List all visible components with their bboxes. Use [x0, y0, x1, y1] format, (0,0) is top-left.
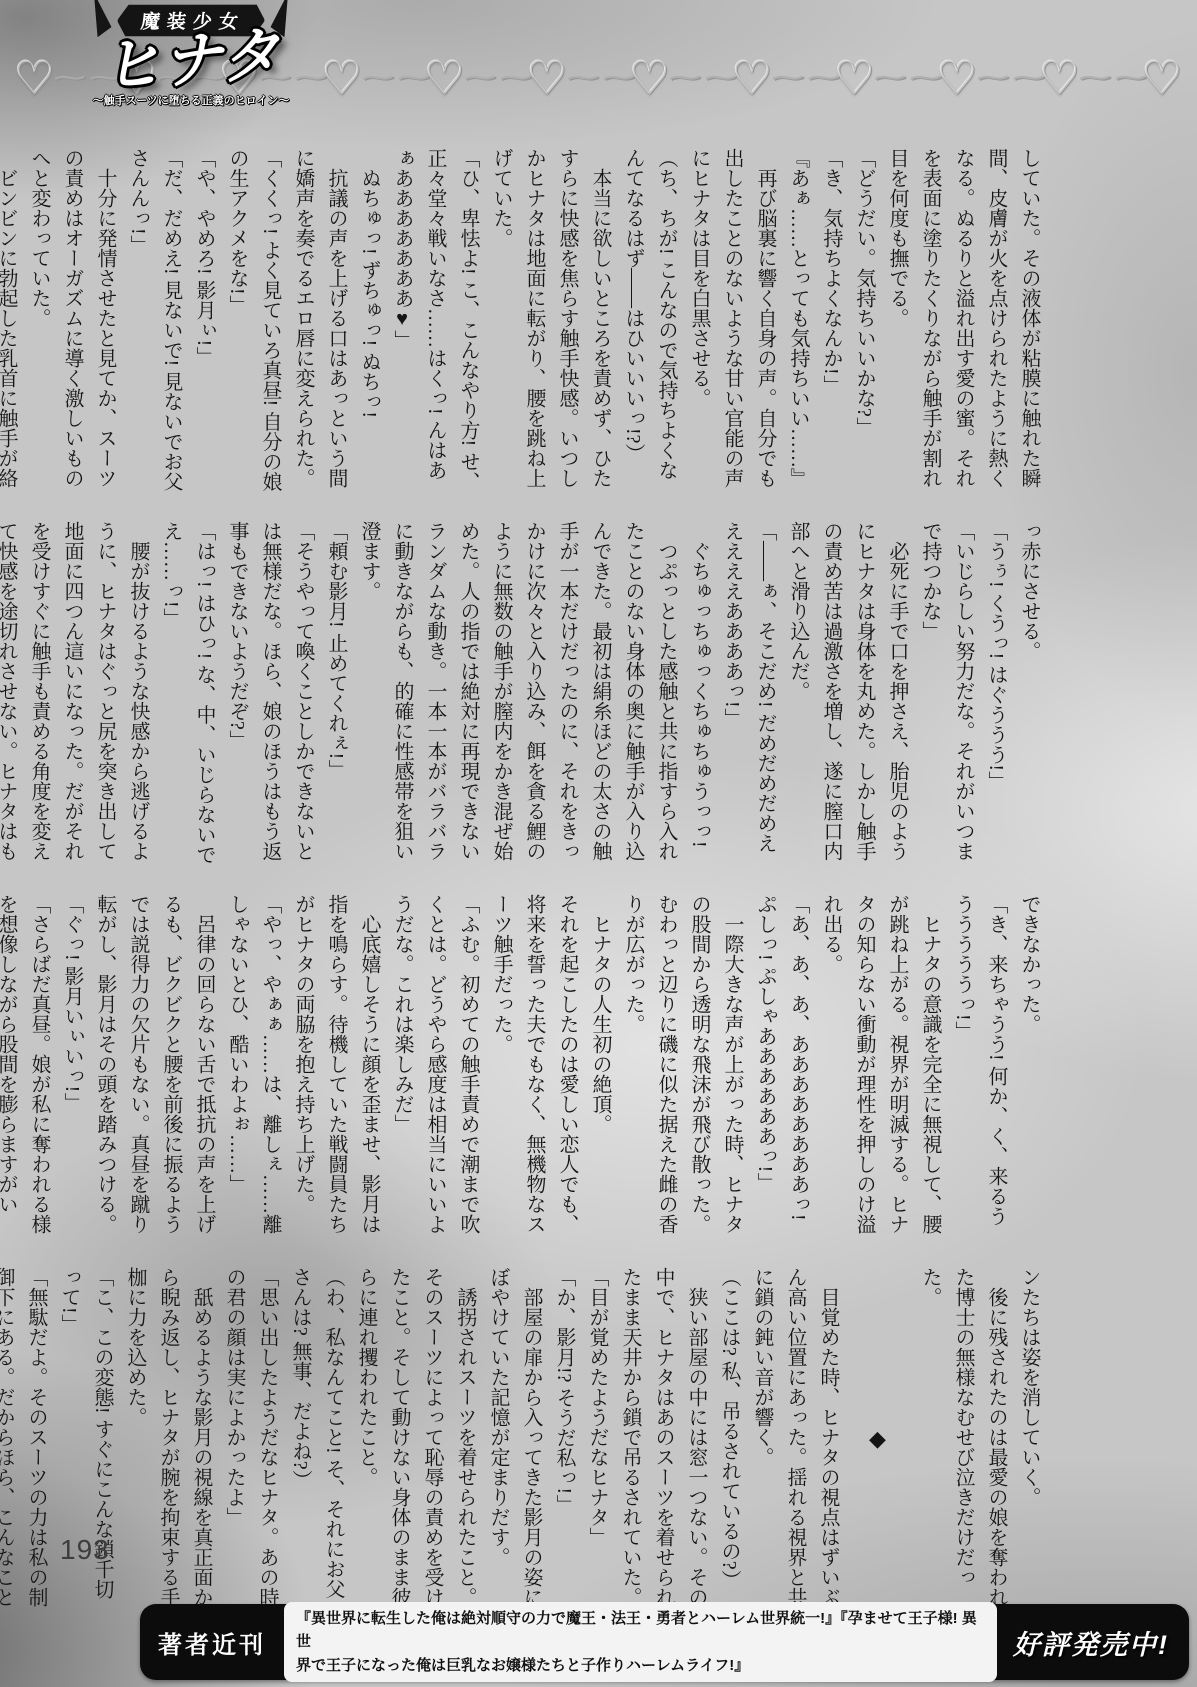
- author-books-label: 著者近刊: [140, 1625, 278, 1660]
- paragraph: 部屋の扉から入ってきた影月の姿にぼやけていた記憶が定まりだす。: [481, 1267, 547, 1612]
- scroll-curl-icon: ∼∼: [973, 63, 1044, 93]
- paragraph: 「はっ! はひっ! な、中、いじらないでえ……っ!」: [154, 521, 220, 866]
- scroll-curl-icon: ∼∼: [768, 63, 839, 93]
- paragraph: 本当に欲しいところを責めず、ひたすらに快感を焦らす触手快感。いつしかヒナタは地面…: [484, 148, 616, 493]
- paragraph: 「うぅ! くうっ! はぐううう!」: [979, 521, 1012, 866]
- series-logo: 魔装少女 ヒナタ ～触手スーツに堕ちる正義のヒロイン～: [66, 4, 316, 108]
- paragraph: 舐めるような影月の視線を真正面から睨み返し、ヒナタが腕を拘束する手枷に力を込めた…: [118, 1267, 217, 1612]
- paragraph: 「目が覚めたようだなヒナタ」: [580, 1267, 613, 1612]
- paragraph: 「だ、だめえ! 見ないで! 見ないでお父さんんっ!」: [121, 148, 187, 493]
- paragraph: 呂律の回らない舌で抵抗の声を上げるも、ビクビクと腰を前後に振るようでは説得力の欠…: [88, 894, 220, 1239]
- paragraph: 「――ぁ、そこだめ! だめだめだめえええええああああっ!」: [715, 521, 781, 866]
- paragraph: 「どうだい。気持ちいいかな?」: [847, 148, 880, 493]
- heart-motif-icon: ♡: [14, 55, 55, 101]
- paragraph: 狭い部屋の中には窓一つない。その中で、ヒナタはあのスーツを着せられたまま天井から…: [613, 1267, 712, 1612]
- scroll-curl-icon: ∼∼: [870, 63, 941, 93]
- paragraph: 目覚めた時、ヒナタの視点はずいぶん高い位置にあった。揺れる視界と共に鎖の鈍い音が…: [745, 1267, 844, 1612]
- section-divider: ◆: [862, 1267, 895, 1612]
- heart-motif-icon: ♡: [937, 55, 978, 101]
- text-band: ンたちは姿を消していく。 後に残されたのは最愛の娘を奪われた博士の無様なむせび泣…: [60, 1267, 1045, 1612]
- paragraph: 抗議の声を上げる口はあっという間に嬌声を奏でるエロ唇に変えられた。: [286, 148, 352, 493]
- paragraph: できなかった。: [1012, 894, 1045, 1239]
- paragraph: 「あ、あ、あ、ああああああああっ! ぷしっ! ぷしゃああああああっ!」: [748, 894, 814, 1239]
- text-band: っ赤にさせる。「うぅ! くうっ! はぐううう!」「いじらしい努力だな。それがいつ…: [60, 521, 1045, 866]
- paragraph: 必死に手で口を押さえ、胎児のようにヒナタは身体を丸めた。しかし触手の責め苦は過激…: [781, 521, 913, 866]
- heart-motif-icon: ♡: [527, 55, 568, 101]
- paragraph: 「やっ、やぁぁ……は、離しぇ……離しゃないとひ、酷いわよぉ……」: [220, 894, 286, 1239]
- scroll-curl-icon: ∼∼: [1075, 63, 1146, 93]
- paragraph: ぐちゅっちゅっくちゅちゅうっっ!: [682, 521, 715, 866]
- paragraph: 心底嬉しそうに顔を歪ませ、影月は指を鳴らす。待機していた戦闘員たちがヒナタの両脇…: [286, 894, 385, 1239]
- paragraph: 腰が抜けるような快感から逃げるように、ヒナタはぐっと尻を突き出して地面に四つん這…: [0, 521, 154, 866]
- paragraph: ヒナタの意識を完全に無視して、腰が跳ね上がる。視界が明滅する。ヒナタの知らない衝…: [814, 894, 946, 1239]
- paragraph: （ここは? 私、吊るされているの?）: [712, 1267, 745, 1612]
- heart-motif-icon: ♡: [629, 55, 670, 101]
- scroll-curl-icon: ∼∼: [358, 63, 429, 93]
- paragraph: 「か、影月!? そうだ私っ!」: [547, 1267, 580, 1612]
- paragraph: ンたちは姿を消していく。: [1012, 1267, 1045, 1612]
- book-titles-line2: 界で王子になった俺は巨乳なお嬢様たちと子作りハーレムライフ!』: [296, 1654, 985, 1677]
- on-sale-badge: 好評発売中!: [1003, 1623, 1189, 1662]
- paragraph: 「くくっ! よく見ていろ真昼! 自分の娘の生アクメをな!」: [220, 148, 286, 493]
- book-titles-panel: 『異世界に転生した俺は絶対順守の力で魔王・法王・勇者とハーレム世界統一!』『孕ま…: [284, 1602, 997, 1682]
- text-band: していた。その液体が粘膜に触れた瞬間、皮膚が火を点けられたように熱くなる。ぬるり…: [60, 148, 1045, 493]
- paragraph: 「無駄だよ。そのスーツの力は私の制御下にある。だからほら、こんなこともできる」: [0, 1267, 52, 1612]
- paragraph: 「そうやって喚くことしかできないとは無様だな。ほら、娘のほうはもう返事もできない…: [220, 521, 319, 866]
- paragraph: 「頼む影月! 止めてくれぇ!」: [319, 521, 352, 866]
- paragraph: 十分に発情させたと見てか、スーツの責めはオーガズムに導く激しいものへと変わってい…: [22, 148, 121, 493]
- heart-motif-icon: ♡: [732, 55, 773, 101]
- novel-text-area: していた。その液体が粘膜に触れた瞬間、皮膚が火を点けられたように熱くなる。ぬるり…: [60, 148, 1045, 1640]
- paragraph: 「や、やめろ! 影月ぃ!」: [187, 148, 220, 493]
- paragraph: 「き、来ちゃうう! 何か、く、来るううううううっ!」: [946, 894, 1012, 1239]
- paragraph: っ赤にさせる。: [1012, 521, 1045, 866]
- paragraph: 再び脳裏に響く自身の声。自分でも出したことのないような甘い官能の声にヒナタは目を…: [682, 148, 781, 493]
- paragraph: ビンビンに勃起した乳首に触手が絡みつく。陰核にも渦を巻くように触手が巻きつき、充…: [0, 148, 22, 493]
- scroll-curl-icon: ∼∼: [563, 63, 634, 93]
- paragraph: ヒナタの人生初の絶頂。: [583, 894, 616, 1239]
- paragraph: 『あぁ……とっても気持ちいい……』: [781, 148, 814, 493]
- text-band: できなかった。「き、来ちゃうう! 何か、く、来るううううううっ!」 ヒナタの意識…: [60, 894, 1045, 1239]
- author-books-footer: 著者近刊 『異世界に転生した俺は絶対順守の力で魔王・法王・勇者とハーレム世界統一…: [140, 1604, 1189, 1680]
- scroll-curl-icon: ∼∼: [665, 63, 736, 93]
- book-titles-line1: 『異世界に転生した俺は絶対順守の力で魔王・法王・勇者とハーレム世界統一!』『孕ま…: [296, 1607, 985, 1654]
- paragraph: 一際大きな声が上がった時、ヒナタの股間から透明な飛沫が飛び散った。むわっと辺りに…: [616, 894, 748, 1239]
- logo-title-text: ヒナタ: [64, 20, 318, 100]
- paragraph: 「いじらしい努力だな。それがいつまで持つかな」: [913, 521, 979, 866]
- paragraph: 「ひ、卑怯よ! こ、こんなやり方! せ、正々堂々戦いなさ……はくっ! んはあぁあ…: [385, 148, 484, 493]
- paragraph: （わ、私なんてこと! そ、それにお父さんは? 無事、だよね?）: [283, 1267, 349, 1612]
- paragraph: つぷっとした感触と共に指すら入れたことのない身体の奥に触手が入り込んできた。最初…: [352, 521, 682, 866]
- paragraph: 「ぐっ! 影月いぃいっ!」: [55, 894, 88, 1239]
- scanned-novel-page: ♡∼∼♡∼∼♡∼∼♡∼∼♡∼∼♡∼∼♡∼∼♡∼∼♡∼∼♡∼∼♡∼∼♡ 魔装少女 …: [0, 0, 1197, 1687]
- paragraph: 「思い出したようだなヒナタ。あの時の君の顔は実によかったよ」: [217, 1267, 283, 1612]
- heart-motif-icon: ♡: [322, 55, 363, 101]
- paragraph: 誘拐されスーツを着せられたこと。そのスーツによって恥辱の責めを受けたこと。そして…: [349, 1267, 481, 1612]
- scroll-curl-icon: ∼∼: [460, 63, 531, 93]
- heart-motif-icon: ♡: [424, 55, 465, 101]
- paragraph: （ち、ちが! こんなので気持ちよくなんてなるはず――はひいいいっ!?）: [616, 148, 682, 493]
- paragraph: それを起こしたのは愛しい恋人でも、将来を誓った夫でもなく、無機物なスーツ触手だっ…: [484, 894, 583, 1239]
- heart-motif-icon: ♡: [1142, 55, 1183, 101]
- paragraph: ぬちゅっ! ずちゅっ! ぬちっ!: [352, 148, 385, 493]
- page-number: 193: [60, 1534, 110, 1566]
- paragraph: 「ふむ。初めての触手責めで潮まで吹くとは。どうやら感度は相当にいいようだな。これ…: [385, 894, 484, 1239]
- paragraph: 「さらばだ真昼。娘が私に奪われる様を想像しながら股間を膨らますがいい。ははははは…: [0, 894, 55, 1239]
- paragraph: していた。その液体が粘膜に触れた瞬間、皮膚が火を点けられたように熱くなる。ぬるり…: [880, 148, 1045, 493]
- paragraph: 「き、気持ちよくなんか!」: [814, 148, 847, 493]
- paragraph: 後に残されたのは最愛の娘を奪われた博士の無様なむせび泣きだけだった。: [913, 1267, 1012, 1612]
